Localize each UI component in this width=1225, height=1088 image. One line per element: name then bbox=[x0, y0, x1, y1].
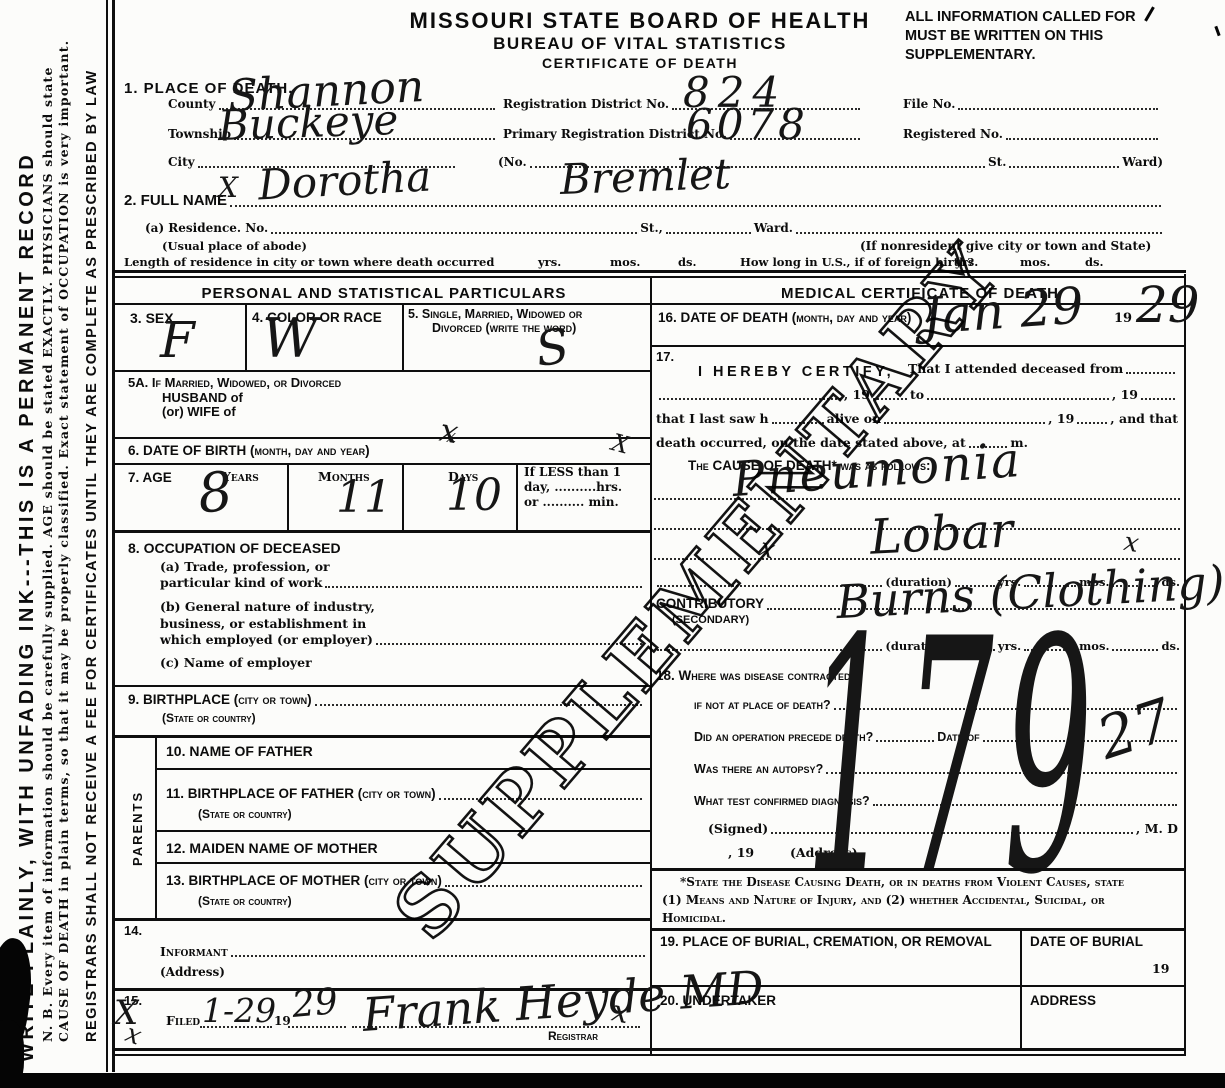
bottom-border bbox=[115, 1048, 1186, 1051]
dotted-leader bbox=[1077, 420, 1107, 424]
mos-label: mos. bbox=[1020, 256, 1050, 269]
dotted-leader bbox=[1141, 396, 1175, 400]
last-name-handwriting: Bremlet bbox=[559, 153, 731, 201]
rule bbox=[115, 530, 650, 533]
parents-divider bbox=[155, 735, 157, 918]
ds-label: ds. bbox=[678, 256, 697, 269]
less-than-day-line1: If LESS than 1 bbox=[524, 466, 621, 480]
comma-19-label: , 19 bbox=[1048, 412, 1074, 426]
cell-divider bbox=[402, 463, 404, 530]
rule bbox=[652, 868, 1186, 871]
form-left-border-inner bbox=[112, 0, 115, 1072]
dotted-leader bbox=[884, 420, 1045, 424]
rule bbox=[115, 918, 650, 921]
footnote-line1: *State the Disease Causing Death, or in … bbox=[680, 876, 1124, 890]
cell-divider bbox=[516, 463, 518, 530]
age-label: 7. AGE bbox=[128, 470, 172, 486]
form-title: MISSOURI STATE BOARD OF HEALTH bbox=[380, 8, 900, 33]
dotted-leader bbox=[666, 230, 751, 234]
cell-divider bbox=[402, 303, 404, 370]
form-subtitle: BUREAU OF VITAL STATISTICS bbox=[380, 34, 900, 54]
registrar-label: Registrar bbox=[548, 1030, 598, 1044]
sex-value-handwriting: F bbox=[160, 315, 195, 365]
dotted-leader bbox=[288, 1026, 346, 1028]
burial-19-printed: 19 bbox=[1152, 962, 1169, 976]
occupation-title: 8. OCCUPATION OF DECEASED bbox=[128, 540, 341, 556]
dotted-leader bbox=[1112, 647, 1158, 651]
x-mark: X bbox=[218, 174, 238, 202]
occupation-a-line1: (a) Trade, profession, or bbox=[160, 560, 330, 574]
ds-label: ds. bbox=[1085, 256, 1104, 269]
residence-ward-label: Ward. bbox=[754, 222, 793, 236]
marital-value-handwriting: S bbox=[533, 322, 572, 374]
father-birthplace-label: 11. BIRTHPLACE OF FATHER (city or town) bbox=[166, 786, 436, 802]
residence-label: (a) Residence. No. bbox=[145, 222, 268, 236]
undertaker-address-label: ADDRESS bbox=[1030, 993, 1096, 1009]
scan-mark bbox=[1214, 26, 1220, 36]
informant-address-label: (Address) bbox=[160, 966, 225, 980]
father-name-label: 10. NAME OF FATHER bbox=[166, 743, 313, 759]
county-label: County bbox=[168, 98, 216, 112]
last-saw-label: that I last saw h bbox=[656, 412, 769, 426]
color-value-handwriting: W bbox=[262, 312, 318, 366]
yrs-label: yrs. bbox=[538, 256, 561, 269]
age-days-handwriting: 10 bbox=[446, 474, 502, 518]
margin-nb-line1: N. B. Every item of information should b… bbox=[40, 40, 56, 1042]
first-name-handwriting: Dorotha bbox=[257, 155, 432, 206]
s5a-wife-label: (or) WIFE of bbox=[162, 405, 236, 420]
bottom-border bbox=[115, 1054, 1186, 1056]
city-label: City bbox=[168, 156, 195, 170]
dotted-leader bbox=[927, 396, 1109, 400]
dotted-leader bbox=[1126, 370, 1175, 374]
s5a-label-line1: 5A. If Married, Widowed, or Divorced bbox=[128, 376, 341, 391]
margin-nb-line2: CAUSE OF DEATH in plain terms, so that i… bbox=[56, 40, 72, 1042]
dotted-leader bbox=[271, 230, 637, 234]
city-no-label: (No. bbox=[498, 156, 527, 170]
file-no-label: File No. bbox=[903, 98, 955, 112]
rule bbox=[115, 303, 650, 305]
dotted-leader bbox=[1006, 136, 1158, 140]
scan-edge-bar bbox=[0, 1073, 1225, 1088]
place-of-burial-label: 19. PLACE OF BURIAL, CREMATION, OR REMOV… bbox=[660, 934, 992, 950]
age-years-handwriting: 8 bbox=[195, 464, 235, 521]
length-of-residence-label: Length of residence in city or town wher… bbox=[124, 256, 494, 269]
birthplace-sub-label: (State or country) bbox=[162, 712, 256, 726]
rule bbox=[652, 985, 1186, 987]
comma-19-label: , 19 bbox=[1112, 388, 1138, 402]
cell-divider bbox=[1020, 928, 1022, 1050]
rule bbox=[115, 437, 650, 439]
death-certificate-scan: WRITE PLAINLY, WITH UNFADING INK---THIS … bbox=[0, 0, 1225, 1088]
filed-year-handwriting: 29 bbox=[291, 984, 340, 1024]
x-mark: x bbox=[446, 428, 456, 446]
city-st-label: St. bbox=[988, 156, 1006, 170]
occupation-b-line3: which employed (or employer) bbox=[160, 633, 373, 647]
filed-label: Filed bbox=[166, 1014, 200, 1028]
dotted-leader bbox=[796, 230, 1162, 234]
date-of-death-year-handwriting: 29 bbox=[1136, 280, 1200, 330]
autopsy-label: Was there an autopsy? bbox=[694, 762, 823, 776]
item-14-number: 14. bbox=[124, 924, 142, 939]
rule bbox=[652, 928, 1186, 931]
rule bbox=[156, 830, 650, 832]
nonresident-label: (If nonresident give city or town and St… bbox=[860, 240, 1151, 254]
less-than-day-line3: or .......... min. bbox=[524, 496, 619, 510]
informant-label: Informant bbox=[160, 945, 228, 959]
md-label: , M. D bbox=[1136, 822, 1178, 836]
dotted-leader bbox=[231, 953, 645, 957]
rule bbox=[156, 862, 650, 864]
abode-label: (Usual place of abode) bbox=[162, 240, 307, 253]
mother-birthplace-sub-label: (State or country) bbox=[198, 895, 292, 909]
form-doc-type: CERTIFICATE OF DEATH bbox=[380, 55, 900, 71]
cell-divider bbox=[245, 303, 247, 370]
footnote-line2: (1) Means and Nature of Injury, and (2) … bbox=[662, 894, 1105, 908]
dotted-leader bbox=[230, 203, 1161, 207]
less-than-day-line2: day, ..........hrs. bbox=[524, 481, 622, 495]
mother-maiden-name-label: 12. MAIDEN NAME OF MOTHER bbox=[166, 840, 378, 856]
township-value-handwriting: Buckeye bbox=[217, 99, 399, 147]
x-mark: x bbox=[1122, 529, 1141, 557]
footnote-line3: Homicidal. bbox=[662, 912, 726, 926]
signed-label: (Signed) bbox=[708, 822, 768, 836]
cause-secondary-word-handwriting: Lobar bbox=[869, 506, 1014, 561]
date-of-death-19-printed: 19 bbox=[1114, 312, 1132, 327]
date-of-birth-label: 6. DATE OF BIRTH (month, day and year) bbox=[128, 443, 370, 459]
occupation-b-line1: (b) General nature of industry, bbox=[160, 600, 375, 614]
and-that-label: , and that bbox=[1110, 412, 1178, 426]
dotted-leader bbox=[958, 106, 1158, 110]
registration-district-label: Registration District No. bbox=[503, 98, 669, 112]
section-divider bbox=[115, 270, 1186, 273]
birthplace-label: 9. BIRTHPLACE (city or town) bbox=[128, 692, 312, 708]
occupation-a-line2: particular kind of work bbox=[160, 576, 322, 590]
dotted-leader bbox=[325, 584, 642, 588]
mos-label: mos. bbox=[610, 256, 640, 269]
primary-district-value-handwriting: 6078 bbox=[686, 104, 809, 146]
handwritten-179: 179 bbox=[805, 598, 1103, 920]
filed-date-handwriting: 1-29 bbox=[202, 994, 276, 1027]
occupation-b-line2: business, or establishment in bbox=[160, 617, 366, 631]
form-left-border-outer bbox=[106, 0, 108, 1072]
cell-divider bbox=[287, 463, 289, 530]
undertaker-label: 20. UNDERTAKER bbox=[660, 993, 776, 1009]
city-ward-label: Ward) bbox=[1122, 156, 1163, 170]
date-of-burial-label: DATE OF BURIAL bbox=[1030, 934, 1143, 950]
occupation-c-label: (c) Name of employer bbox=[160, 656, 312, 670]
father-birthplace-sub-label: (State or country) bbox=[198, 808, 292, 822]
margin-registrars-text: REGISTRARS SHALL NOT RECEIVE A FEE FOR C… bbox=[84, 69, 100, 1042]
full-name-label: 2. FULL NAME bbox=[124, 192, 227, 209]
dotted-leader bbox=[1009, 164, 1119, 168]
x-mark: X bbox=[609, 430, 632, 458]
form-right-border bbox=[1184, 274, 1186, 1056]
margin-nb-note: N. B. Every item of information should b… bbox=[40, 40, 72, 1042]
registered-no-label: Registered No. bbox=[903, 128, 1003, 142]
parents-vertical-label: PARENTS bbox=[130, 791, 145, 866]
ds-label: ds. bbox=[1161, 640, 1180, 653]
supplementary-notice: ALL INFORMATION CALLED FOR MUST BE WRITT… bbox=[905, 8, 1150, 65]
item-17-number: 17. bbox=[656, 350, 674, 365]
residence-st-label: St., bbox=[640, 222, 663, 236]
margin-permanent-record-text: WRITE PLAINLY, WITH UNFADING INK---THIS … bbox=[16, 152, 39, 1062]
age-months-handwriting: 11 bbox=[336, 476, 392, 520]
signed-19-label: , 19 bbox=[728, 846, 754, 860]
personal-particulars-title: PERSONAL AND STATISTICAL PARTICULARS bbox=[118, 285, 650, 302]
